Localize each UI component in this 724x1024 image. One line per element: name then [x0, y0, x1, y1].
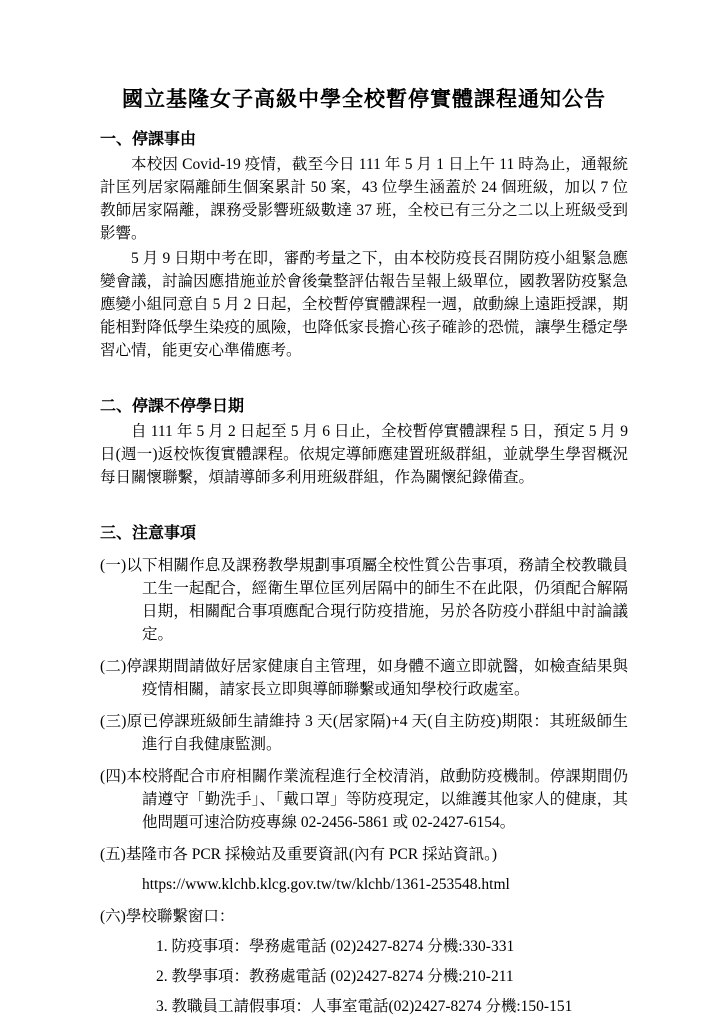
- document-section: 二、停課不停學日期自 111 年 5 月 2 日起至 5 月 6 日止，全校暫停…: [100, 395, 628, 489]
- numbered-item: (一)以下相關作息及課務教學規劃事項屬全校性質公告事項，務請全校教職員工生一起配…: [100, 554, 628, 646]
- section-heading: 二、停課不停學日期: [100, 395, 628, 418]
- body-paragraph: 自 111 年 5 月 2 日起至 5 月 6 日止，全校暫停實體課程 5 日，…: [100, 420, 628, 489]
- body-paragraph: 5 月 9 日期中考在即，審酌考量之下，由本校防疫長召開防疫小組緊急應變會議，討…: [100, 247, 628, 362]
- section-heading: 三、注意事項: [100, 522, 628, 545]
- document-section: 三、注意事項(一)以下相關作息及課務教學規劃事項屬全校性質公告事項，務請全校教職…: [100, 522, 628, 1018]
- numbered-item: (二)停課期間請做好居家健康自主管理，如身體不適立即就醫，如檢查結果與疫情相關，…: [100, 655, 628, 701]
- item-link[interactable]: https://www.klchb.klcg.gov.tw/tw/klchb/1…: [142, 873, 628, 896]
- numbered-item: (三)原已停課班級師生請維持 3 天(居家隔)+4 天(自主防疫)期限：其班級師…: [100, 710, 628, 756]
- sub-item: 3. 教職員工請假事項：人事室電話(02)2427-8274 分機:150-15…: [156, 995, 628, 1018]
- numbered-item: (六)學校聯繫窗口：: [100, 905, 628, 928]
- numbered-item: (五)基隆市各 PCR 採檢站及重要資訊(內有 PCR 採站資訊。): [100, 843, 628, 866]
- document-title: 國立基隆女子高級中學全校暫停實體課程通知公告: [100, 86, 628, 112]
- sub-item: 1. 防疫事項：學務處電話 (02)2427-8274 分機:330-331: [156, 935, 628, 958]
- sub-item: 2. 教學事項：教務處電話 (02)2427-8274 分機:210-211: [156, 965, 628, 988]
- numbered-item: (四)本校將配合市府相關作業流程進行全校清消，啟動防疫機制。停課期間仍請遵守「勤…: [100, 765, 628, 834]
- document-section: 一、停課事由本校因 Covid-19 疫情，截至今日 111 年 5 月 1 日…: [100, 128, 628, 362]
- document-page: 國立基隆女子高級中學全校暫停實體課程通知公告 一、停課事由本校因 Covid-1…: [0, 0, 724, 1024]
- body-paragraph: 本校因 Covid-19 疫情，截至今日 111 年 5 月 1 日上午 11 …: [100, 153, 628, 245]
- section-heading: 一、停課事由: [100, 128, 628, 151]
- document-body: 一、停課事由本校因 Covid-19 疫情，截至今日 111 年 5 月 1 日…: [100, 128, 628, 1018]
